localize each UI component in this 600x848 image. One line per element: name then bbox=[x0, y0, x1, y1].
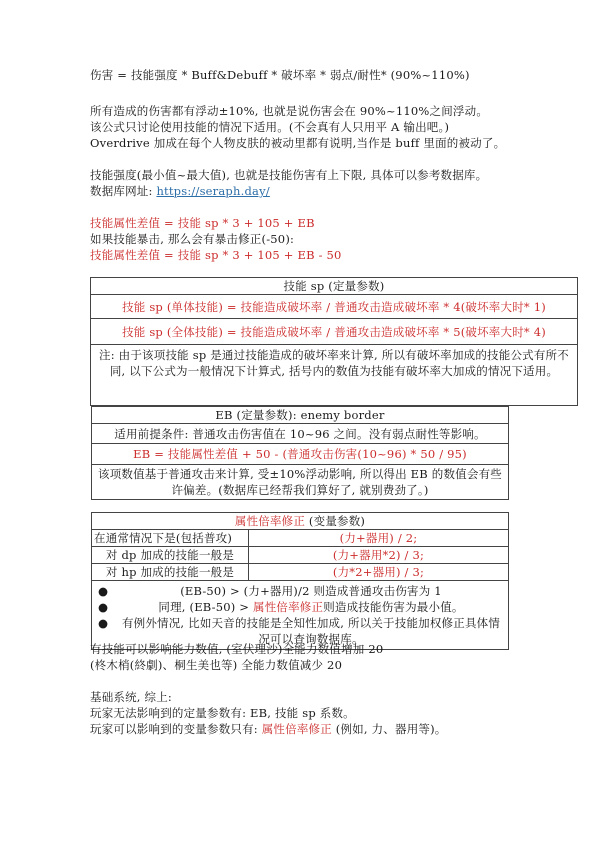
summary-line-2-post: (例如, 力、器用等)。 bbox=[332, 722, 447, 736]
eb-note: 该项数值基于普通攻击来计算, 受±10%浮动影响, 所以得出 EB 的数值会有些… bbox=[92, 465, 509, 500]
attr-diff-formula: 技能属性差值 = 技能 sp * 3 + 105 + EB bbox=[90, 216, 315, 231]
bullet-text: (EB-50) > (力+器用)/2 则造成普通攻击伤害为 1 bbox=[180, 584, 442, 598]
bullet-icon: ● bbox=[98, 615, 108, 631]
modifier-row-value: (力+器用) / 2; bbox=[249, 530, 509, 547]
eb-table: EB (定量参数): enemy border 适用前提条件: 普通攻击伤害值在… bbox=[91, 406, 509, 500]
modifier-row-value: (力+器用*2) / 3; bbox=[249, 547, 509, 564]
crit-note: 如果技能暴击, 那么会有暴击修正(-50): bbox=[90, 232, 294, 247]
ability-line-2: (柊木梢(終劇)、桐生美也等) 全能力数值减少 20 bbox=[90, 658, 342, 673]
eb-formula: EB = 技能属性差值 + 50 - (普通攻击伤害(10~96) * 50 /… bbox=[92, 444, 509, 465]
modifier-row-value: (力*2+器用) / 3; bbox=[249, 564, 509, 581]
modifier-row-label: 对 hp 加成的技能一般是 bbox=[92, 564, 249, 581]
summary-line-2-pre: 玩家可以影响到的变量参数只有: bbox=[90, 722, 262, 736]
skill-strength-line: 技能强度(最小值~最大值), 也就是技能伤害有上下限, 具体可以参考数据库。 bbox=[90, 168, 487, 183]
intro-line-3: Overdrive 加成在每个人物皮肤的被动里都有说明,当作是 buff 里面的… bbox=[90, 136, 505, 151]
modifier-row-label: 在通常情况下是(包括普攻) bbox=[92, 530, 249, 547]
summary-line-2: 玩家可以影响到的变量参数只有: 属性倍率修正 (例如, 力、器用等)。 bbox=[90, 722, 446, 737]
modifier-bullets: ● (EB-50) > (力+器用)/2 则造成普通攻击伤害为 1 ● 同理, … bbox=[92, 581, 509, 650]
bullet-text: 同理, (EB-50) > bbox=[158, 600, 253, 614]
bullet-text: 则造成技能伤害为最小值。 bbox=[323, 600, 463, 614]
summary-line-1: 玩家无法影响到的定量参数有: EB, 技能 sp 系数。 bbox=[90, 706, 355, 721]
ability-line-1: 有技能可以影响能力数值, (室伏理沙)全能力数值增加 20 bbox=[90, 642, 383, 657]
skill-sp-all-row: 技能 sp (全体技能) = 技能造成破坏率 / 普通攻击造成破坏率 * 5(破… bbox=[91, 319, 578, 345]
attr-modifier-header-red: 属性倍率修正 bbox=[235, 514, 305, 528]
bullet-item: ● 同理, (EB-50) > 属性倍率修正则造成技能伤害为最小值。 bbox=[96, 599, 504, 615]
bullet-icon: ● bbox=[98, 599, 108, 615]
bullet-text-red: 属性倍率修正 bbox=[253, 600, 323, 614]
skill-sp-single-row: 技能 sp (单体技能) = 技能造成破坏率 / 普通攻击造成破坏率 * 4(破… bbox=[91, 295, 578, 319]
skill-sp-note: 注: 由于该项技能 sp 是通过技能造成的破坏率来计算, 所以有破坏率加成的技能… bbox=[91, 345, 578, 406]
intro-line-1: 所有造成的伤害都有浮动±10%, 也就是说伤害会在 90%~110%之间浮动。 bbox=[90, 104, 488, 119]
eb-condition: 适用前提条件: 普通攻击伤害值在 10~96 之间。没有弱点耐性等影响。 bbox=[92, 424, 509, 444]
attr-modifier-header: 属性倍率修正 (变量参数) bbox=[92, 513, 509, 530]
attr-diff-crit-formula: 技能属性差值 = 技能 sp * 3 + 105 + EB - 50 bbox=[90, 248, 342, 263]
summary-title: 基础系统, 综上: bbox=[90, 690, 172, 705]
damage-formula: 伤害 = 技能强度 * Buff&Debuff * 破坏率 * 弱点/耐性* (… bbox=[90, 68, 470, 83]
attr-modifier-table: 属性倍率修正 (变量参数) 在通常情况下是(包括普攻) (力+器用) / 2; … bbox=[91, 512, 509, 650]
eb-header: EB (定量参数): enemy border bbox=[92, 407, 509, 424]
modifier-row-label: 对 dp 加成的技能一般是 bbox=[92, 547, 249, 564]
intro-line-2: 该公式只讨论使用技能的情况下适用。(不会真有人只用平 A 输出吧。) bbox=[90, 120, 449, 135]
skill-sp-table: 技能 sp (定量参数) 技能 sp (单体技能) = 技能造成破坏率 / 普通… bbox=[90, 277, 578, 406]
database-url-line: 数据库网址: https://seraph.day/ bbox=[90, 184, 270, 199]
summary-line-2-red: 属性倍率修正 bbox=[262, 722, 332, 736]
attr-modifier-header-rest: (变量参数) bbox=[305, 514, 365, 528]
bullet-icon: ● bbox=[98, 583, 108, 599]
skill-sp-header: 技能 sp (定量参数) bbox=[91, 278, 578, 295]
database-label: 数据库网址: bbox=[90, 184, 156, 198]
database-link[interactable]: https://seraph.day/ bbox=[156, 184, 269, 198]
bullet-item: ● (EB-50) > (力+器用)/2 则造成普通攻击伤害为 1 bbox=[96, 583, 504, 599]
